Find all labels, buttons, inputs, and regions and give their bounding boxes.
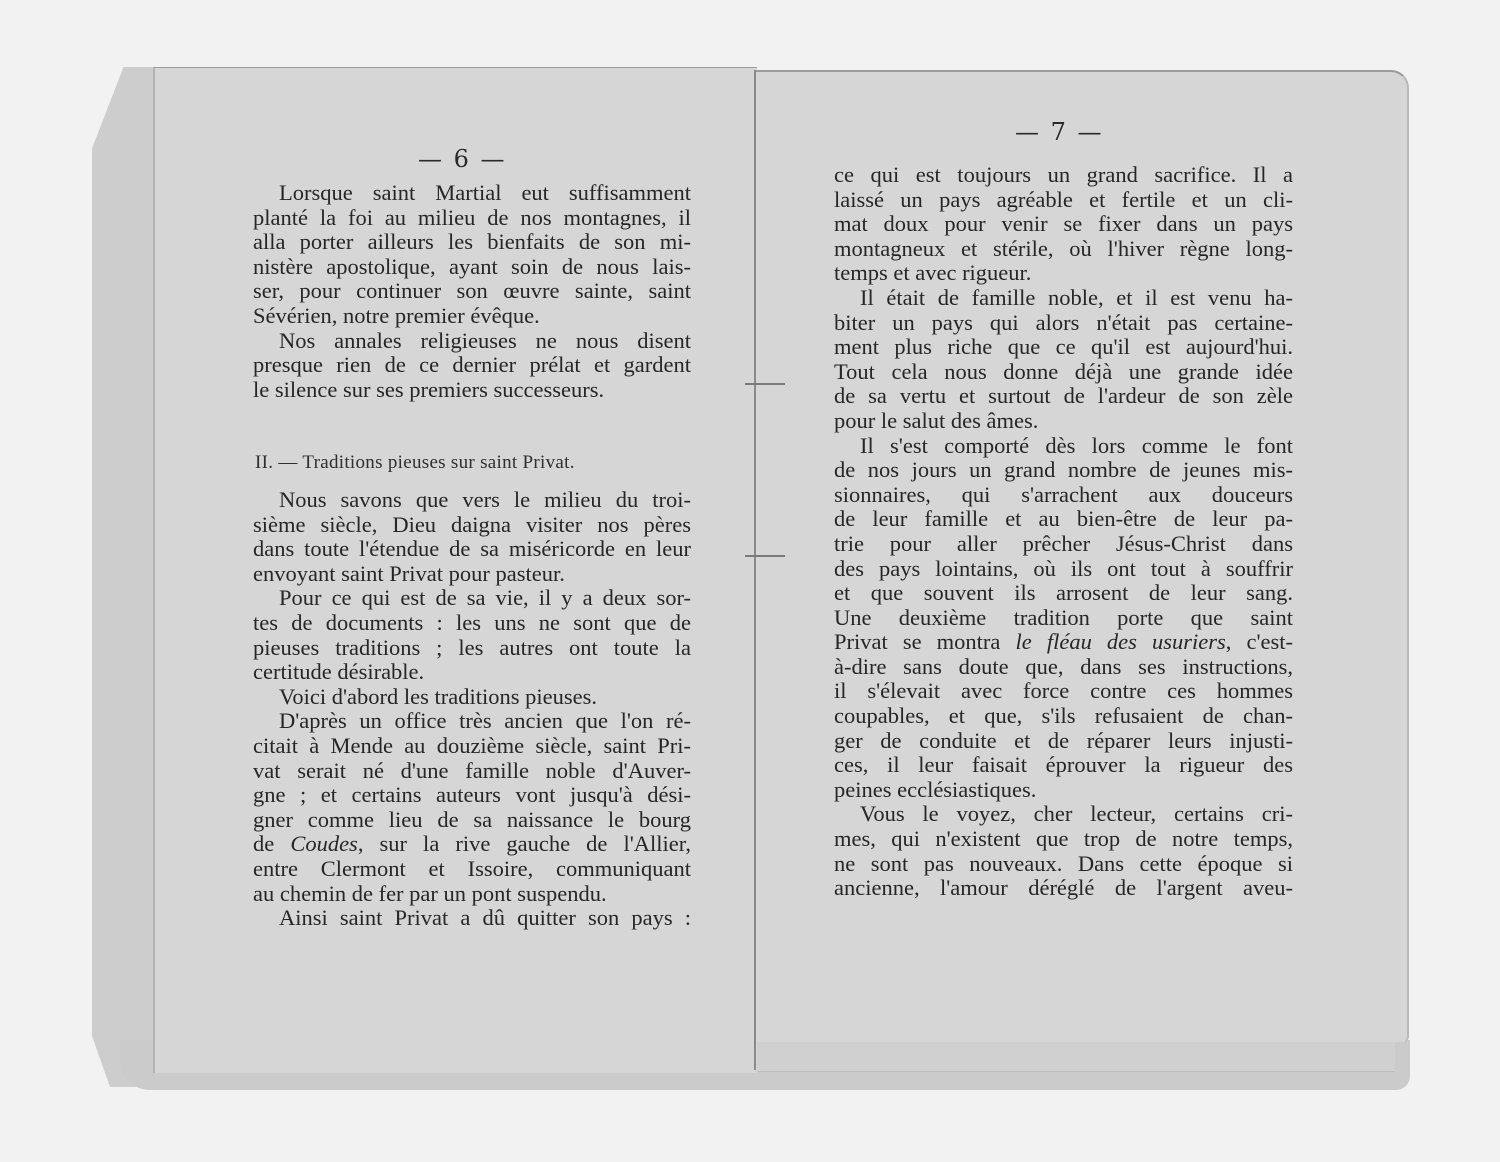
text-line: peines ecclésiastiques. (834, 778, 1293, 803)
text-line: Vous le voyez, cher lecteur, certains cr… (834, 802, 1293, 827)
text-line: entre Clermont et Issoire, communiquant (253, 857, 691, 882)
text-line: presque rien de ce dernier prélat et gar… (253, 353, 691, 378)
text-line: Nos annales religieuses ne nous disent (253, 329, 691, 354)
text-line: mat doux pour venir se fixer dans un pay… (834, 212, 1293, 237)
text-line: sième siècle, Dieu daigna visiter nos pè… (253, 513, 691, 538)
text-line: ancienne, l'amour déréglé de l'argent av… (834, 876, 1293, 901)
page-number-right: — 7 — (1015, 118, 1104, 146)
text-line: sionnaires, qui s'arrachent aux douceurs (834, 483, 1293, 508)
text-line: trie pour aller prêcher Jésus-Christ dan… (834, 532, 1293, 557)
text-line: gne ; et certains auteurs vont jusqu'à d… (253, 783, 691, 808)
text-line: coupables, et que, s'ils refusaient de c… (834, 704, 1293, 729)
text-line: gner comme lieu de sa naissance le bourg (253, 808, 691, 833)
text-line: de sa vertu et surtout de l'ardeur de so… (834, 384, 1293, 409)
left-page-text-bottom: Nous savons que vers le milieu du troi- … (253, 488, 691, 931)
text-line: citait à Mende au douzième siècle, saint… (253, 734, 691, 759)
text-fragment: Privat se montra (834, 629, 1016, 654)
text-line: Tout cela nous donne déjà une grande idé… (834, 360, 1293, 385)
paragraph: D'après un office très ancien que l'on r… (253, 709, 691, 906)
stitch-mark (745, 383, 785, 385)
text-fragment: , c'est- (1226, 629, 1293, 654)
text-line: mes, qui n'existent que trop de notre te… (834, 827, 1293, 852)
text-line: le silence sur ses premiers successeurs. (253, 378, 691, 403)
paragraph: Lorsque saint Martial eut suffisamment p… (253, 181, 691, 329)
text-line: montagneux et stérile, où l'hiver règne … (834, 237, 1293, 262)
text-line: Nous savons que vers le milieu du troi- (253, 488, 691, 513)
text-line: des pays lointains, où ils ont tout à so… (834, 557, 1293, 582)
italic-place-name: Coudes (290, 831, 358, 856)
text-line: ne sont pas nouveaux. Dans cette époque … (834, 852, 1293, 877)
text-line: pour le salut des âmes. (834, 409, 1293, 434)
paragraph: Voici d'abord les traditions pieuses. (253, 685, 691, 710)
text-line: tes de documents : les uns ne sont que d… (253, 611, 691, 636)
text-line: dans toute l'étendue de sa miséricorde e… (253, 537, 691, 562)
text-line: Ainsi saint Privat a dû quitter son pays… (253, 906, 691, 931)
text-line: pieuses traditions ; les autres ont tout… (253, 636, 691, 661)
paragraph: Ainsi saint Privat a dû quitter son pays… (253, 906, 691, 931)
text-fragment: , sur la rive gauche de l'Allier, (358, 831, 691, 856)
stitch-mark (745, 555, 785, 557)
text-line: alla porter ailleurs les bienfaits de so… (253, 230, 691, 255)
open-booklet: — 6 — Lorsque saint Martial eut suffisam… (0, 0, 1500, 1162)
text-line: Une deuxième tradition porte que saint (834, 606, 1293, 631)
text-line: de nos jours un grand nombre de jeunes m… (834, 458, 1293, 483)
right-page-text: ce qui est toujours un grand sacrifice. … (834, 163, 1293, 901)
text-line: Privat se montra le fléau des usuriers, … (834, 630, 1293, 655)
paragraph: ce qui est toujours un grand sacrifice. … (834, 163, 1293, 286)
text-line: Voici d'abord les traditions pieuses. (253, 685, 691, 710)
page-number-left: — 6 — (418, 145, 507, 173)
left-page-text-top: Lorsque saint Martial eut suffisamment p… (253, 181, 691, 402)
text-line: ger de conduite et de réparer leurs inju… (834, 729, 1293, 754)
paragraph: Nos annales religieuses ne nous disent p… (253, 329, 691, 403)
text-line: à-dire sans doute que, dans ses instruct… (834, 655, 1293, 680)
text-line: planté la foi au milieu de nos montagnes… (253, 206, 691, 231)
text-line: ser, pour continuer son œuvre sainte, sa… (253, 279, 691, 304)
text-line: biter un pays qui alors n'était pas cert… (834, 311, 1293, 336)
paragraph: Vous le voyez, cher lecteur, certains cr… (834, 802, 1293, 900)
text-line: Lorsque saint Martial eut suffisamment (253, 181, 691, 206)
text-line: Il était de famille noble, et il est ven… (834, 286, 1293, 311)
text-line: ment plus riche que ce qu'il est aujourd… (834, 335, 1293, 360)
text-line: ce qui est toujours un grand sacrifice. … (834, 163, 1293, 188)
text-line: il s'élevait avec force contre ces homme… (834, 679, 1293, 704)
text-line: D'après un office très ancien que l'on r… (253, 709, 691, 734)
spine-gutter (754, 70, 756, 1070)
paragraph: Pour ce qui est de sa vie, il y a deux s… (253, 586, 691, 684)
text-line: temps et avec rigueur. (834, 261, 1293, 286)
text-line: vat serait né d'une famille noble d'Auve… (253, 759, 691, 784)
text-line: certitude désirable. (253, 660, 691, 685)
paragraph: Nous savons que vers le milieu du troi- … (253, 488, 691, 586)
text-line: au chemin de fer par un pont suspendu. (253, 882, 691, 907)
text-line: Pour ce qui est de sa vie, il y a deux s… (253, 586, 691, 611)
text-fragment: de (253, 831, 290, 856)
section-heading: II. — Traditions pieuses sur saint Priva… (255, 452, 575, 474)
text-line: Il s'est comporté dès lors comme le font (834, 434, 1293, 459)
text-line: de leur famille et au bien-être de leur … (834, 507, 1293, 532)
paragraph: Il était de famille noble, et il est ven… (834, 286, 1293, 434)
paragraph: Il s'est comporté dès lors comme le font… (834, 434, 1293, 803)
text-line: nistère apostolique, ayant soin de nous … (253, 255, 691, 280)
text-line: et que souvent ils arrosent de leur sang… (834, 581, 1293, 606)
text-line: envoyant saint Privat pour pasteur. (253, 562, 691, 587)
text-line: Sévérien, notre premier évêque. (253, 304, 691, 329)
italic-phrase: le fléau des usuriers (1016, 629, 1226, 654)
text-line: de Coudes, sur la rive gauche de l'Allie… (253, 832, 691, 857)
text-line: laissé un pays agréable et fertile et un… (834, 188, 1293, 213)
text-line: ces, il leur faisait éprouver la rigueur… (834, 753, 1293, 778)
